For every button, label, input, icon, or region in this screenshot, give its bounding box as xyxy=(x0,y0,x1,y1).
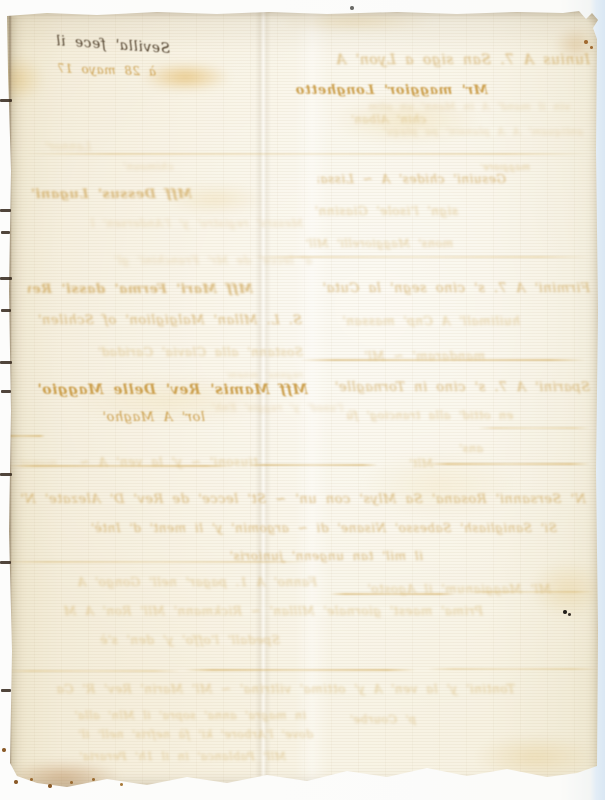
ink-speck xyxy=(2,748,6,752)
ink-speck xyxy=(563,610,567,614)
left-edge-shadow xyxy=(9,11,11,790)
ink-speck xyxy=(350,6,354,10)
binding-stitch-mark xyxy=(0,209,11,212)
ink-speck xyxy=(120,783,123,786)
ink-speck xyxy=(584,40,588,44)
ink-speck xyxy=(92,778,95,781)
binding-stitch-mark xyxy=(1,390,11,393)
edge-vignette xyxy=(7,11,599,790)
ink-speck xyxy=(30,778,33,781)
scan-background: Sevilla' fece il R'à 28 mayo 1770Iunius … xyxy=(0,0,605,800)
torn-corner-shadow xyxy=(581,11,599,29)
binding-stitch-mark xyxy=(0,561,11,564)
binding-stitch-mark xyxy=(1,309,11,312)
binding-stitch-mark xyxy=(1,231,10,234)
ink-speck xyxy=(48,784,52,788)
binding-stitch-mark xyxy=(0,277,12,280)
ink-speck xyxy=(590,46,593,49)
binding-stitch-mark xyxy=(1,689,11,692)
manuscript-paper: Sevilla' fece il R'à 28 mayo 1770Iunius … xyxy=(7,11,599,790)
binding-stitch-mark xyxy=(0,473,12,476)
binding-stitch-mark xyxy=(0,99,12,102)
ink-speck xyxy=(14,780,18,784)
binding-stitch-mark xyxy=(0,361,12,364)
ink-speck xyxy=(70,781,73,784)
ink-speck xyxy=(568,613,571,616)
